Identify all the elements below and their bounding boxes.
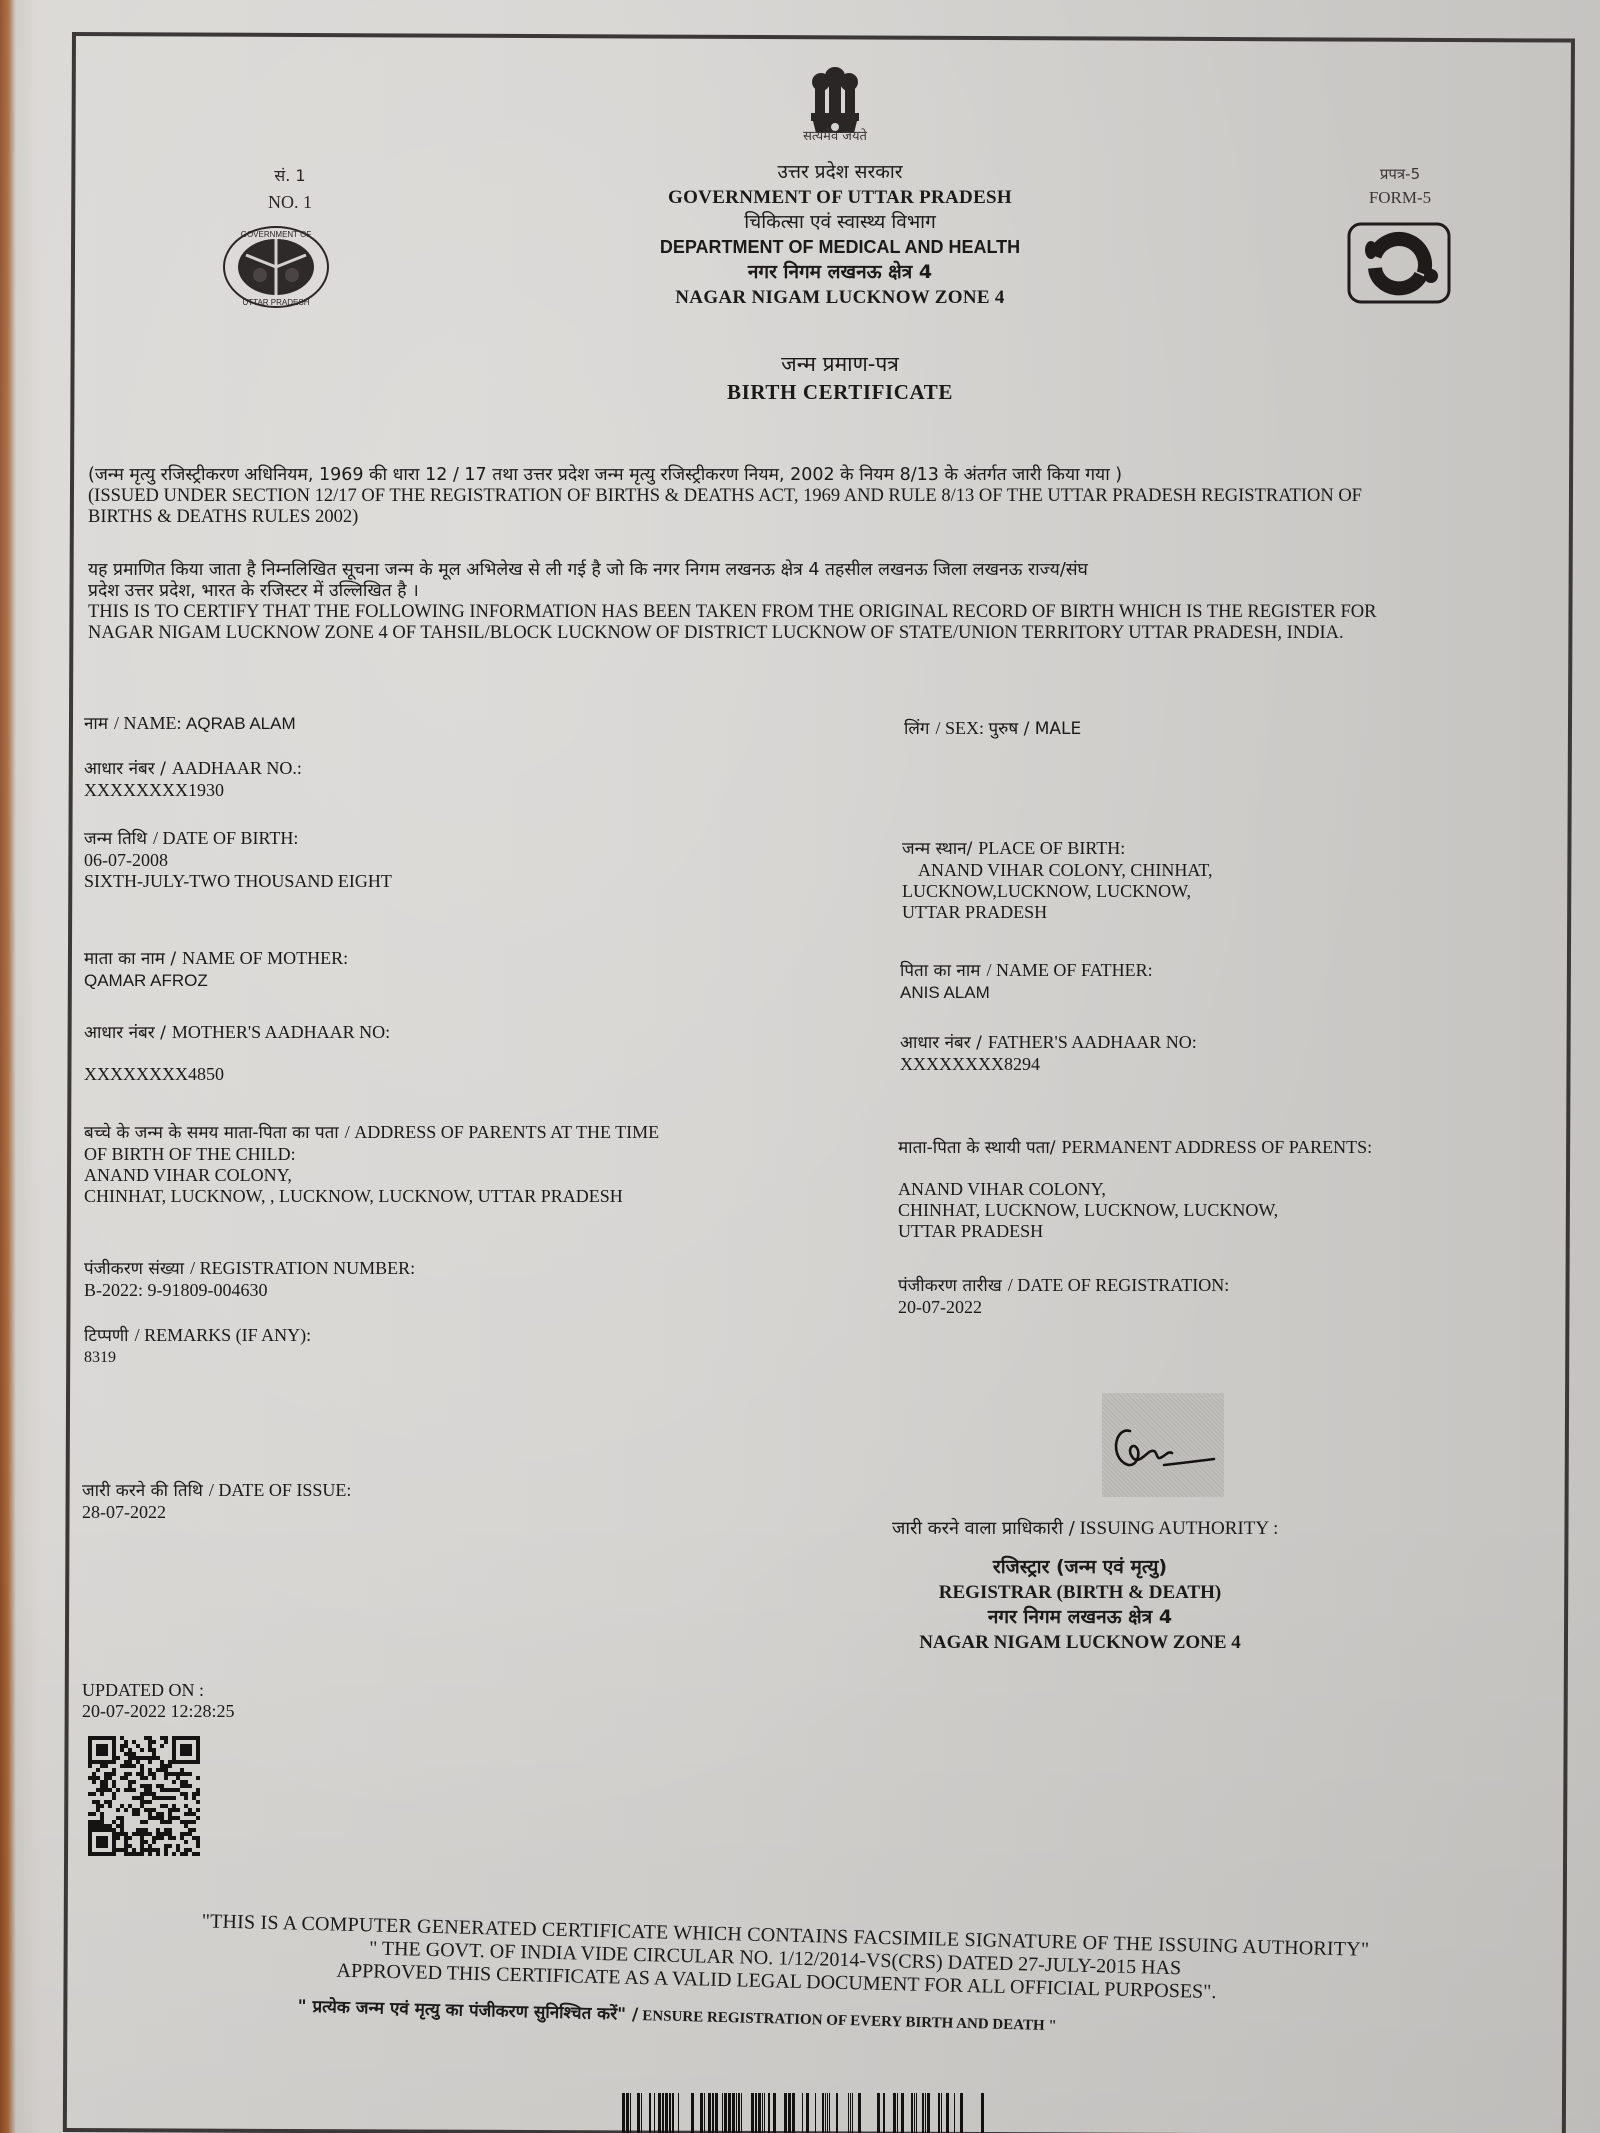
registrar-en: REGISTRAR (BIRTH & DEATH): [870, 1580, 1290, 1605]
govt-en: GOVERNMENT OF UTTAR PRADESH: [580, 185, 1100, 210]
permanent-address-line: CHINHAT, LUCKNOW, LUCKNOW, LUCKNOW,: [898, 1200, 1372, 1221]
issued-en-2: BIRTHS & DEATHS RULES 2002): [88, 507, 1588, 528]
field-registration-date: पंजीकरण तारीख/ DATE OF REGISTRATION: 20-…: [898, 1275, 1229, 1318]
field-remarks: टिप्पणी/ REMARKS (IF ANY): 8319: [84, 1325, 311, 1368]
father-aadhaar-value: XXXXXXXX8294: [900, 1054, 1197, 1075]
serial-number: सं. 1 NO. 1: [240, 162, 340, 216]
zone-en: NAGAR NIGAM LUCKNOW ZONE 4: [580, 285, 1100, 310]
registrar-hi: रजिस्ट्रार (जन्म एवं मृत्यु): [870, 1555, 1290, 1580]
place-of-birth-line: LUCKNOW,LUCKNOW, LUCKNOW,: [902, 881, 1213, 902]
govt-hi: उत्तर प्रदेश सरकार: [580, 160, 1100, 185]
dept-en: DEPARTMENT OF MEDICAL AND HEALTH: [580, 235, 1100, 260]
emblem-motto: सत्यमेव जयते: [760, 126, 910, 144]
authority-zone-hi: नगर निगम लखनऊ क्षेत्र 4: [870, 1605, 1290, 1630]
field-permanent-address: माता-पिता के स्थायी पता/PERMANENT ADDRES…: [898, 1137, 1372, 1242]
place-of-birth-line: UTTAR PRADESH: [902, 902, 1213, 923]
title-en: BIRTH CERTIFICATE: [650, 378, 1030, 406]
qr-code-icon[interactable]: [88, 1736, 200, 1856]
form-en: FORM-5: [1340, 186, 1460, 210]
field-issue-date: जारी करने की तिथि/ DATE OF ISSUE: 28-07-…: [82, 1480, 351, 1523]
authority-zone-en: NAGAR NIGAM LUCKNOW ZONE 4: [870, 1630, 1290, 1655]
issuing-department-header: उत्तर प्रदेश सरकार GOVERNMENT OF UTTAR P…: [580, 160, 1100, 310]
svg-text:GOVERNMENT OF: GOVERNMENT OF: [241, 230, 312, 239]
field-father-aadhaar: आधार नंबर /FATHER'S AADHAAR NO: XXXXXXXX…: [900, 1032, 1197, 1075]
aadhaar-value: XXXXXXXX1930: [84, 780, 302, 801]
certification-statement: यह प्रमाणित किया जाता है निम्नलिखित सूचन…: [88, 560, 1588, 644]
barcode-icon: [622, 2093, 992, 2133]
dob-words-value: SIXTH-JULY-TWO THOUSAND EIGHT: [84, 871, 392, 892]
issued-en-1: (ISSUED UNDER SECTION 12/17 OF THE REGIS…: [88, 486, 1588, 507]
permanent-address-line: ANAND VIHAR COLONY,: [898, 1179, 1372, 1200]
registration-date-value: 20-07-2022: [898, 1297, 1229, 1318]
address-at-birth-line: CHINHAT, LUCKNOW, , LUCKNOW, LUCKNOW, UT…: [84, 1186, 864, 1207]
issued-under-statement: (जन्म मृत्यु रजिस्ट्रीकरण अधिनियम, 1969 …: [88, 465, 1588, 528]
address-at-birth-line: ANAND VIHAR COLONY,: [84, 1165, 864, 1186]
updated-on-value: 20-07-2022 12:28:25: [82, 1701, 235, 1722]
field-dob: जन्म तिथि/ DATE OF BIRTH: 06-07-2008 SIX…: [84, 828, 392, 892]
dept-hi: चिकित्सा एवं स्वास्थ्य विभाग: [580, 210, 1100, 235]
svg-text:UTTAR PRADESH: UTTAR PRADESH: [243, 298, 310, 307]
father-name-value: ANIS ALAM: [900, 982, 1153, 1003]
field-name: नाम/ NAME: AQRAB ALAM: [84, 713, 296, 735]
sex-value: पुरुष / MALE: [989, 719, 1082, 739]
updated-on-label: UPDATED ON :: [82, 1680, 235, 1701]
facsimile-signature: [1102, 1393, 1224, 1497]
issue-date-value: 28-07-2022: [82, 1502, 351, 1523]
crs-logo-icon: [1345, 220, 1453, 306]
issued-hi: (जन्म मृत्यु रजिस्ट्रीकरण अधिनियम, 1969 …: [88, 465, 1588, 486]
registration-number-value: B-2022: 9-91809-004630: [84, 1280, 415, 1301]
uttar-pradesh-seal-icon: GOVERNMENT OF UTTAR PRADESH: [222, 225, 330, 310]
dob-value: 06-07-2008: [84, 850, 392, 871]
child-name-value: AQRAB ALAM: [186, 714, 296, 733]
field-mother-aadhaar: आधार नंबर /MOTHER'S AADHAAR NO: XXXXXXXX…: [84, 1022, 390, 1085]
field-father-name: पिता का नाम/ NAME OF FATHER: ANIS ALAM: [900, 960, 1153, 1003]
form-number: प्रपत्र-5 FORM-5: [1340, 162, 1460, 210]
form-hi: प्रपत्र-5: [1340, 162, 1460, 186]
certify-hi-1: यह प्रमाणित किया जाता है निम्नलिखित सूचन…: [88, 560, 1588, 581]
serial-hi: सं. 1: [240, 162, 340, 189]
remarks-value: 8319: [84, 1347, 311, 1368]
serial-en: NO. 1: [240, 189, 340, 216]
field-place-of-birth: जन्म स्थान/PLACE OF BIRTH: ANAND VIHAR C…: [902, 838, 1213, 923]
issuing-authority-label: जारी करने वाला प्राधिकारी / ISSUING AUTH…: [892, 1516, 1278, 1540]
mother-name-value: QAMAR AFROZ: [84, 970, 348, 991]
issuing-authority: रजिस्ट्रार (जन्म एवं मृत्यु) REGISTRAR (…: [870, 1555, 1290, 1655]
certify-en-2: NAGAR NIGAM LUCKNOW ZONE 4 OF TAHSIL/BLO…: [88, 623, 1588, 644]
title-hi: जन्म प्रमाण-पत्र: [650, 350, 1030, 378]
mother-aadhaar-value: XXXXXXXX4850: [84, 1064, 390, 1085]
field-aadhaar: आधार नंबर /AADHAAR NO.: XXXXXXXX1930: [84, 758, 302, 801]
field-mother-name: माता का नाम /NAME OF MOTHER: QAMAR AFROZ: [84, 948, 348, 991]
field-address-at-birth: बच्चे के जन्म के समय माता-पिता का पता/ A…: [84, 1122, 864, 1207]
certificate-title: जन्म प्रमाण-पत्र BIRTH CERTIFICATE: [650, 350, 1030, 406]
updated-on: UPDATED ON : 20-07-2022 12:28:25: [82, 1680, 235, 1722]
signature-scribble-icon: [1102, 1393, 1224, 1497]
field-sex: लिंग/ SEX: पुरुष / MALE: [904, 718, 1081, 740]
zone-hi: नगर निगम लखनऊ क्षेत्र 4: [580, 260, 1100, 285]
field-registration-number: पंजीकरण संख्या/ REGISTRATION NUMBER: B-2…: [84, 1258, 415, 1301]
permanent-address-line: UTTAR PRADESH: [898, 1221, 1372, 1242]
place-of-birth-line: ANAND VIHAR COLONY, CHINHAT,: [902, 860, 1213, 881]
certify-hi-2: प्रदेश उत्तर प्रदेश, भारत के रजिस्टर में…: [88, 581, 1588, 602]
certify-en-1: THIS IS TO CERTIFY THAT THE FOLLOWING IN…: [88, 602, 1588, 623]
